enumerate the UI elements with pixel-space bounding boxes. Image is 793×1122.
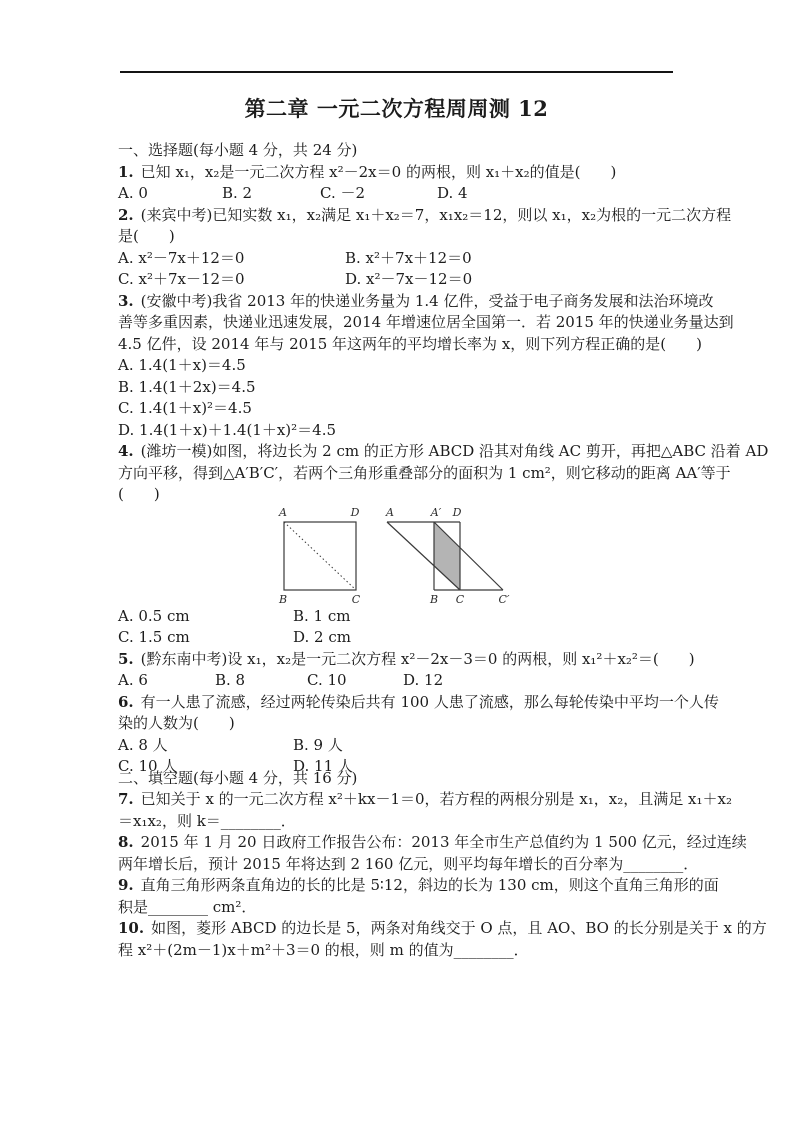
option-c: C. x²＋7x－12＝0 — [118, 269, 345, 291]
question-3: 3.(安徽中考)我省 2013 年的快递业务量为 1.4 亿件，受益于电子商务发… — [118, 291, 680, 442]
question-6-options-row-1: A. 8 人 B. 9 人 — [118, 735, 680, 757]
question-4-text-line-3: ( ) — [118, 485, 160, 503]
question-6: 6.有一人患了流感，经过两轮传染后共有 100 人患了流感，那么每轮传染中平均一… — [118, 692, 680, 778]
question-6-text-line-1: 有一人患了流感，经过两轮传染后共有 100 人患了流感，那么每轮传染中平均一个人… — [141, 693, 719, 711]
question-1: 1.已知 x₁，x₂是一元二次方程 x²－2x＝0 的两根，则 x₁＋x₂的值是… — [118, 162, 680, 205]
question-2-number: 2. — [118, 206, 141, 224]
option-d: D. 4 — [437, 183, 468, 205]
question-5-number: 5. — [118, 650, 141, 668]
vertex-label-d: D — [350, 506, 360, 519]
option-a: A. 8 人 — [118, 735, 293, 757]
question-7: 7.已知关于 x 的一元二次方程 x²＋kx－1＝0，若方程的两根分别是 x₁，… — [118, 789, 680, 832]
question-9-text-line-2: 积是________ cm²． — [118, 898, 256, 916]
option-d: D. 1.4(1＋x)＋1.4(1＋x)²＝4.5 — [118, 420, 680, 442]
option-a: A. 0.5 cm — [118, 606, 293, 628]
question-4-text-line-2: 方向平移，得到△A′B′C′，若两个三角形重叠部分的面积为 1 cm²，则它移动… — [118, 464, 731, 482]
option-d: D. x²－7x－12＝0 — [345, 269, 472, 291]
option-a: A. 0 — [118, 183, 222, 205]
question-6-number: 6. — [118, 693, 141, 711]
question-3-number: 3. — [118, 292, 141, 310]
option-b: B. 8 — [215, 670, 307, 692]
option-c: C. －2 — [320, 183, 437, 205]
worksheet-body: 一、选择题(每小题 4 分，共 24 分) 1.已知 x₁，x₂是一元二次方程 … — [118, 140, 680, 961]
vertex-label-d: D — [452, 506, 462, 519]
question-8: 8.2015 年 1 月 20 日政府工作报告公布：2013 年全市生产总值约为… — [118, 832, 680, 875]
top-divider-rule — [120, 71, 673, 73]
option-a: A. 6 — [118, 670, 215, 692]
question-4-figure: A D B C A A′ D B — [270, 506, 680, 606]
option-d: D. 2 cm — [293, 627, 351, 649]
option-c: C. 1.5 cm — [118, 627, 293, 649]
question-7-text-line-1: 已知关于 x 的一元二次方程 x²＋kx－1＝0，若方程的两根分别是 x₁，x₂… — [141, 790, 732, 808]
option-c: C. 1.4(1＋x)²＝4.5 — [118, 398, 680, 420]
page-title: 第二章 一元二次方程周周测 12 — [0, 0, 793, 123]
option-b: B. 2 — [222, 183, 320, 205]
vertex-label-a-prime: A′ — [430, 506, 442, 519]
vertex-label-c: C — [456, 593, 465, 606]
question-3-text-line-2: 善等多重因素，快递业迅速发展，2014 年增速位居全国第一．若 2015 年的快… — [118, 313, 734, 331]
question-4-text-line-1: (潍坊一模)如图，将边长为 2 cm 的正方形 ABCD 沿其对角线 AC 剪开… — [141, 442, 769, 460]
question-8-text-line-1: 2015 年 1 月 20 日政府工作报告公布：2013 年全市生产总值约为 1… — [141, 833, 747, 851]
question-7-text-line-2: ＝x₁x₂，则 k＝________． — [118, 812, 296, 830]
option-c: C. 10 — [307, 670, 403, 692]
question-2-text-line-1: (来宾中考)已知实数 x₁，x₂满足 x₁＋x₂＝7，x₁x₂＝12，则以 x₁… — [141, 206, 731, 224]
question-8-number: 8. — [118, 833, 141, 851]
question-2-options-row-2: C. x²＋7x－12＝0 D. x²－7x－12＝0 — [118, 269, 680, 291]
question-10-text-line-1: 如图，菱形 ABCD 的边长是 5，两条对角线交于 O 点，且 AO、BO 的长… — [151, 919, 767, 937]
vertex-label-c: C — [352, 593, 361, 606]
shaded-overlap-parallelogram — [434, 522, 460, 590]
vertex-label-a: A — [385, 506, 394, 519]
question-9-number: 9. — [118, 876, 141, 894]
option-a: A. 1.4(1＋x)＝4.5 — [118, 355, 680, 377]
translated-triangle-figure: A A′ D B C C′ — [385, 506, 510, 606]
question-10-text-line-2: 程 x²＋(2m－1)x＋m²＋3＝0 的根，则 m 的值为________． — [118, 941, 529, 959]
option-b: B. 1 cm — [293, 606, 351, 628]
question-2-text-line-2: 是( ) — [118, 227, 175, 245]
vertex-label-b: B — [278, 593, 287, 606]
option-b: B. 1.4(1＋2x)＝4.5 — [118, 377, 680, 399]
question-9: 9.直角三角形两条直角边的长的比是 5∶12，斜边的长为 130 cm，则这个直… — [118, 875, 680, 918]
section-1-heading: 一、选择题(每小题 4 分，共 24 分) — [118, 140, 680, 162]
vertex-label-a: A — [278, 506, 287, 519]
question-5: 5.(黔东南中考)设 x₁，x₂是一元二次方程 x²－2x－3＝0 的两根，则 … — [118, 649, 680, 692]
section-2-heading: 二、填空题(每小题 4 分，共 16 分) — [118, 768, 680, 790]
question-5-text: (黔东南中考)设 x₁，x₂是一元二次方程 x²－2x－3＝0 的两根，则 x₁… — [141, 650, 695, 668]
question-4-options-row-2: C. 1.5 cm D. 2 cm — [118, 627, 680, 649]
square-abcd: A D B C — [278, 506, 361, 606]
dotted-diagonal-ac — [284, 522, 356, 590]
vertex-label-b: B — [429, 593, 438, 606]
question-5-options: A. 6 B. 8 C. 10 D. 12 — [118, 670, 680, 692]
question-9-text-line-1: 直角三角形两条直角边的长的比是 5∶12，斜边的长为 130 cm，则这个直角三… — [141, 876, 719, 894]
question-10-number: 10. — [118, 919, 151, 937]
vertex-label-c-prime: C′ — [499, 593, 510, 606]
question-2: 2.(来宾中考)已知实数 x₁，x₂满足 x₁＋x₂＝7，x₁x₂＝12，则以 … — [118, 205, 680, 291]
question-4: 4.(潍坊一模)如图，将边长为 2 cm 的正方形 ABCD 沿其对角线 AC … — [118, 441, 680, 649]
question-3-text-line-1: (安徽中考)我省 2013 年的快递业务量为 1.4 亿件，受益于电子商务发展和… — [141, 292, 714, 310]
question-4-number: 4. — [118, 442, 141, 460]
option-d: D. 12 — [403, 670, 443, 692]
option-a: A. x²－7x＋12＝0 — [118, 248, 345, 270]
square-translation-diagram: A D B C A A′ D B — [270, 506, 520, 606]
option-b: B. x²＋7x＋12＝0 — [345, 248, 472, 270]
question-1-text: 已知 x₁，x₂是一元二次方程 x²－2x＝0 的两根，则 x₁＋x₂的值是( … — [141, 163, 617, 181]
question-8-text-line-2: 两年增长后，预计 2015 年将达到 2 160 亿元，则平均每年增长的百分率为… — [118, 855, 698, 873]
question-4-options-row-1: A. 0.5 cm B. 1 cm — [118, 606, 680, 628]
question-3-text-line-3: 4.5 亿件，设 2014 年与 2015 年这两年的平均增长率为 x，则下列方… — [118, 335, 702, 353]
question-1-number: 1. — [118, 163, 141, 181]
question-1-options: A. 0 B. 2 C. －2 D. 4 — [118, 183, 680, 205]
question-2-options-row-1: A. x²－7x＋12＝0 B. x²＋7x＋12＝0 — [118, 248, 680, 270]
question-7-number: 7. — [118, 790, 141, 808]
question-6-text-line-2: 染的人数为( ) — [118, 714, 235, 732]
option-b: B. 9 人 — [293, 735, 343, 757]
question-10: 10.如图，菱形 ABCD 的边长是 5，两条对角线交于 O 点，且 AO、BO… — [118, 918, 680, 961]
